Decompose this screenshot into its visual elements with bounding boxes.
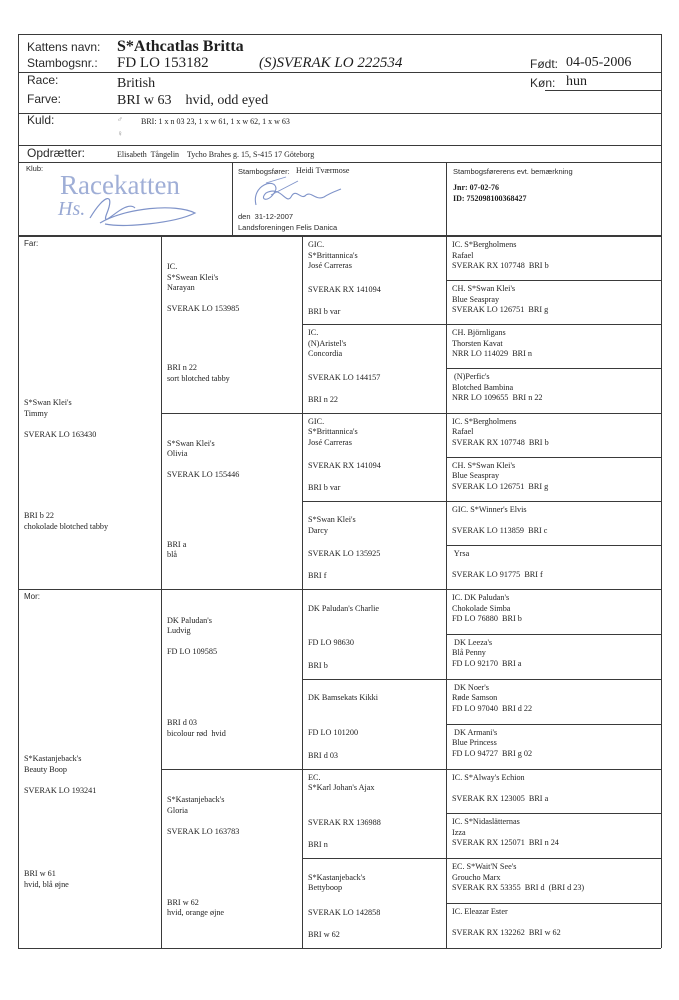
- great-great-grandparent: FD LO 92170 BRI a: [452, 659, 521, 670]
- divider: [446, 162, 447, 236]
- grandparent-info: IC.: [167, 262, 177, 273]
- great-grandparent-name: GIC.: [308, 417, 324, 428]
- divider: [18, 113, 662, 114]
- great-grandparent-name: S*Brittannica's: [308, 427, 358, 438]
- sex: hun: [566, 74, 587, 90]
- divider: [446, 903, 661, 904]
- far-label: Far:: [24, 239, 38, 248]
- great-great-grandparent: IC. Eleazar Ester: [452, 907, 508, 918]
- great-grandparent-name: Concordia: [308, 349, 342, 360]
- club-signature-initials: Hs.: [58, 198, 85, 221]
- registrar-org: Landsforeningen Felis Danica: [238, 223, 337, 232]
- grandparent-info: Narayan: [167, 283, 195, 294]
- grandparent-color: bicolour rød hvid: [167, 729, 226, 740]
- great-great-grandparent: DK Noer's: [452, 683, 489, 694]
- microchip-id: ID: 752098100368427: [453, 194, 527, 203]
- great-grandparent-color: BRI f: [308, 571, 326, 582]
- divider: [18, 589, 661, 590]
- great-great-grandparent: SVERAK LO 126751 BRI g: [452, 305, 548, 316]
- grandparent-info: SVERAK LO 163783: [167, 827, 239, 838]
- remarks-label: Stambogsførerens evt. bemærkning: [453, 167, 573, 176]
- great-grandparent-name: S*Karl Johan's Ajax: [308, 783, 375, 794]
- grandparent-info: SVERAK LO 153985: [167, 304, 239, 315]
- grandparent-color: BRI d 03: [167, 718, 197, 729]
- great-grandparent-name: (N)Aristel's: [308, 339, 346, 350]
- great-grandparent-name: EC.: [308, 773, 321, 784]
- litter-label: Kuld:: [27, 113, 54, 127]
- divider: [446, 368, 661, 369]
- great-great-grandparent: Blue Princess: [452, 738, 497, 749]
- born-date: 04-05-2006: [566, 55, 631, 71]
- divider: [18, 162, 662, 163]
- divider: [161, 413, 661, 414]
- great-great-grandparent: IC. DK Paludan's: [452, 593, 509, 604]
- grandparent-info: Ludvig: [167, 626, 191, 637]
- regno-label: Stambogsnr.:: [27, 56, 98, 70]
- great-great-grandparent: Groucho Marx: [452, 873, 500, 884]
- great-grandparent-color: BRI b: [308, 661, 328, 672]
- breeder-label: Opdrætter:: [27, 146, 85, 160]
- great-grandparent-name: Darcy: [308, 526, 328, 537]
- great-great-grandparent: SVERAK LO 113859 BRI c: [452, 526, 547, 537]
- female-symbol-icon: ♀: [117, 129, 123, 138]
- parent-info: S*Kastanjeback's: [24, 754, 81, 765]
- divider: [446, 457, 661, 458]
- breeder: Elisabeth Tångelin Tycho Brahes g. 15, S…: [117, 150, 314, 159]
- parent-info: Beauty Boop: [24, 765, 67, 776]
- great-grandparent-reg: SVERAK RX 136988: [308, 818, 381, 829]
- divider: [302, 501, 661, 502]
- parent-info: S*Swan Klei's: [24, 398, 72, 409]
- great-great-grandparent: SVERAK RX 107748 BRI b: [452, 261, 549, 272]
- divider: [302, 324, 661, 325]
- grandparent-color: hvid, orange øjne: [167, 908, 224, 919]
- parent-color: BRI b 22: [24, 511, 54, 522]
- great-great-grandparent: SVERAK RX 53355 BRI d (BRI d 23): [452, 883, 584, 894]
- great-great-grandparent: Rafael: [452, 427, 473, 438]
- great-grandparent-name: S*Swan Klei's: [308, 515, 356, 526]
- great-great-grandparent: Blue Seaspray: [452, 471, 499, 482]
- race-label: Race:: [27, 73, 58, 87]
- club-label: Klub:: [26, 164, 43, 173]
- great-grandparent-name: IC.: [308, 328, 318, 339]
- great-grandparent-reg: SVERAK LO 144157: [308, 373, 380, 384]
- great-great-grandparent: CH. S*Swan Klei's: [452, 284, 515, 295]
- great-great-grandparent: GIC. S*Winner's Elvis: [452, 505, 527, 516]
- great-grandparent-name: S*Brittannica's: [308, 251, 358, 262]
- great-great-grandparent: IC. S*Alway's Echion: [452, 773, 525, 784]
- divider: [161, 236, 162, 948]
- great-great-grandparent: SVERAK RX 107748 BRI b: [452, 438, 549, 449]
- great-great-grandparent: DK Leeza's: [452, 638, 492, 649]
- great-great-grandparent: Yrsa: [452, 549, 469, 560]
- great-grandparent-color: BRI w 62: [308, 930, 340, 941]
- grandparent-color: BRI n 22: [167, 363, 197, 374]
- great-great-grandparent: (N)Perfic's: [452, 372, 490, 383]
- great-great-grandparent: SVERAK RX 123005 BRI a: [452, 794, 548, 805]
- parent-color: chokolade blotched tabby: [24, 522, 108, 533]
- great-great-grandparent: IC. S*Bergholmens: [452, 417, 516, 428]
- great-grandparent-color: BRI n: [308, 840, 328, 851]
- grandparent-info: S*Swan Klei's: [167, 439, 215, 450]
- grandparent-color: blå: [167, 550, 177, 561]
- parent-info: Timmy: [24, 409, 48, 420]
- great-great-grandparent: IC. S*Nidaslätternas: [452, 817, 520, 828]
- litter-male: BRI: 1 x n 03 23, 1 x w 61, 1 x w 62, 1 …: [141, 117, 290, 126]
- divider: [446, 280, 661, 281]
- great-grandparent-reg: SVERAK LO 135925: [308, 549, 380, 560]
- great-great-grandparent: FD LO 94727 BRI g 02: [452, 749, 532, 760]
- registrar-name: Heidi Tværmose: [296, 166, 349, 175]
- great-great-grandparent: Rafael: [452, 251, 473, 262]
- grandparent-color: sort blotched tabby: [167, 374, 230, 385]
- great-grandparent-name: GIC.: [308, 240, 324, 251]
- great-great-grandparent: SVERAK RX 132262 BRI w 62: [452, 928, 561, 939]
- great-grandparent-name: José Carreras: [308, 261, 352, 272]
- color-label: Farve:: [27, 92, 61, 106]
- great-great-grandparent: Thorsten Kavat: [452, 339, 503, 350]
- grandparent-info: SVERAK LO 155446: [167, 470, 239, 481]
- parent-color: BRI w 61: [24, 869, 56, 880]
- grandparent-color: BRI a: [167, 540, 186, 551]
- great-grandparent-reg: SVERAK RX 141094: [308, 285, 381, 296]
- regno-alt: (S)SVERAK LO 222534: [259, 55, 402, 72]
- great-grandparent-reg: FD LO 98630: [308, 638, 354, 649]
- divider: [446, 236, 447, 948]
- divider: [446, 545, 661, 546]
- registrar-date: den 31-12-2007: [238, 212, 293, 221]
- great-grandparent-name: José Carreras: [308, 438, 352, 449]
- grandparent-info: Gloria: [167, 806, 188, 817]
- born-label: Født:: [530, 57, 558, 71]
- grandparent-info: S*Kastanjeback's: [167, 795, 224, 806]
- great-great-grandparent: EC. S*Wait'N See's: [452, 862, 516, 873]
- great-great-grandparent: NRR LO 114029 BRI n: [452, 349, 532, 360]
- divider: [18, 948, 661, 949]
- parent-color: hvid, blå øjne: [24, 880, 69, 891]
- divider: [18, 236, 19, 948]
- great-great-grandparent: SVERAK RX 125071 BRI n 24: [452, 838, 559, 849]
- great-great-grandparent: DK Armani's: [452, 728, 497, 739]
- divider: [161, 769, 661, 770]
- divider: [18, 236, 661, 237]
- great-great-grandparent: NRR LO 109655 BRI n 22: [452, 393, 543, 404]
- great-grandparent-name: DK Paludan's Charlie: [308, 604, 379, 615]
- divider: [661, 236, 662, 948]
- great-grandparent-reg: SVERAK LO 142858: [308, 908, 380, 919]
- great-great-grandparent: IC. S*Bergholmens: [452, 240, 516, 251]
- great-great-grandparent: SVERAK LO 126751 BRI g: [452, 482, 548, 493]
- great-grandparent-color: BRI n 22: [308, 395, 338, 406]
- club-signature-icon: [85, 188, 205, 230]
- great-grandparent-reg: SVERAK RX 141094: [308, 461, 381, 472]
- race: British: [117, 76, 155, 92]
- grandparent-info: S*Swean Klei's: [167, 273, 218, 284]
- great-grandparent-name: Bettyboop: [308, 883, 342, 894]
- color: BRI w 63 hvid, odd eyed: [117, 93, 268, 109]
- great-great-grandparent: CH. S*Swan Klei's: [452, 461, 515, 472]
- mor-label: Mor:: [24, 592, 40, 601]
- divider: [302, 858, 661, 859]
- great-great-grandparent: Blue Seaspray: [452, 295, 499, 306]
- divider: [302, 236, 303, 948]
- divider: [302, 679, 661, 680]
- divider: [545, 90, 662, 91]
- great-grandparent-name: S*Kastanjeback's: [308, 873, 365, 884]
- cat-name-label: Kattens navn:: [27, 40, 100, 54]
- great-grandparent-color: BRI b var: [308, 307, 340, 318]
- journal-number: Jnr: 07-02-76: [453, 183, 499, 192]
- divider: [446, 724, 661, 725]
- regno: FD LO 153182: [117, 55, 209, 72]
- divider: [232, 162, 233, 236]
- grandparent-info: FD LO 109585: [167, 647, 217, 658]
- great-great-grandparent: Blotched Bambina: [452, 383, 513, 394]
- great-grandparent-color: BRI b var: [308, 483, 340, 494]
- parent-info: SVERAK LO 193241: [24, 786, 96, 797]
- great-great-grandparent: Blå Penny: [452, 648, 486, 659]
- great-grandparent-name: DK Bamsekats Kikki: [308, 693, 378, 704]
- sex-label: Køn:: [530, 76, 555, 90]
- grandparent-color: BRI w 62: [167, 898, 199, 909]
- divider: [446, 634, 661, 635]
- registrar-signature-icon: [246, 175, 346, 211]
- great-great-grandparent: Røde Samson: [452, 693, 497, 704]
- male-symbol-icon: ♂: [117, 115, 123, 124]
- cat-name: S*Athcatlas Britta: [117, 38, 244, 56]
- grandparent-info: DK Paludan's: [167, 616, 212, 627]
- grandparent-info: Olivia: [167, 449, 187, 460]
- divider: [18, 145, 662, 146]
- divider: [18, 72, 662, 73]
- divider: [446, 813, 661, 814]
- great-great-grandparent: Izza: [452, 828, 466, 839]
- great-grandparent-reg: FD LO 101200: [308, 728, 358, 739]
- great-great-grandparent: Chokolade Simba: [452, 604, 510, 615]
- great-great-grandparent: SVERAK LO 91775 BRI f: [452, 570, 543, 581]
- parent-info: SVERAK LO 163430: [24, 430, 96, 441]
- great-great-grandparent: FD LO 97040 BRI d 22: [452, 704, 532, 715]
- great-great-grandparent: FD LO 76880 BRI b: [452, 614, 522, 625]
- great-great-grandparent: CH. Björnligans: [452, 328, 506, 339]
- great-grandparent-color: BRI d 03: [308, 751, 338, 762]
